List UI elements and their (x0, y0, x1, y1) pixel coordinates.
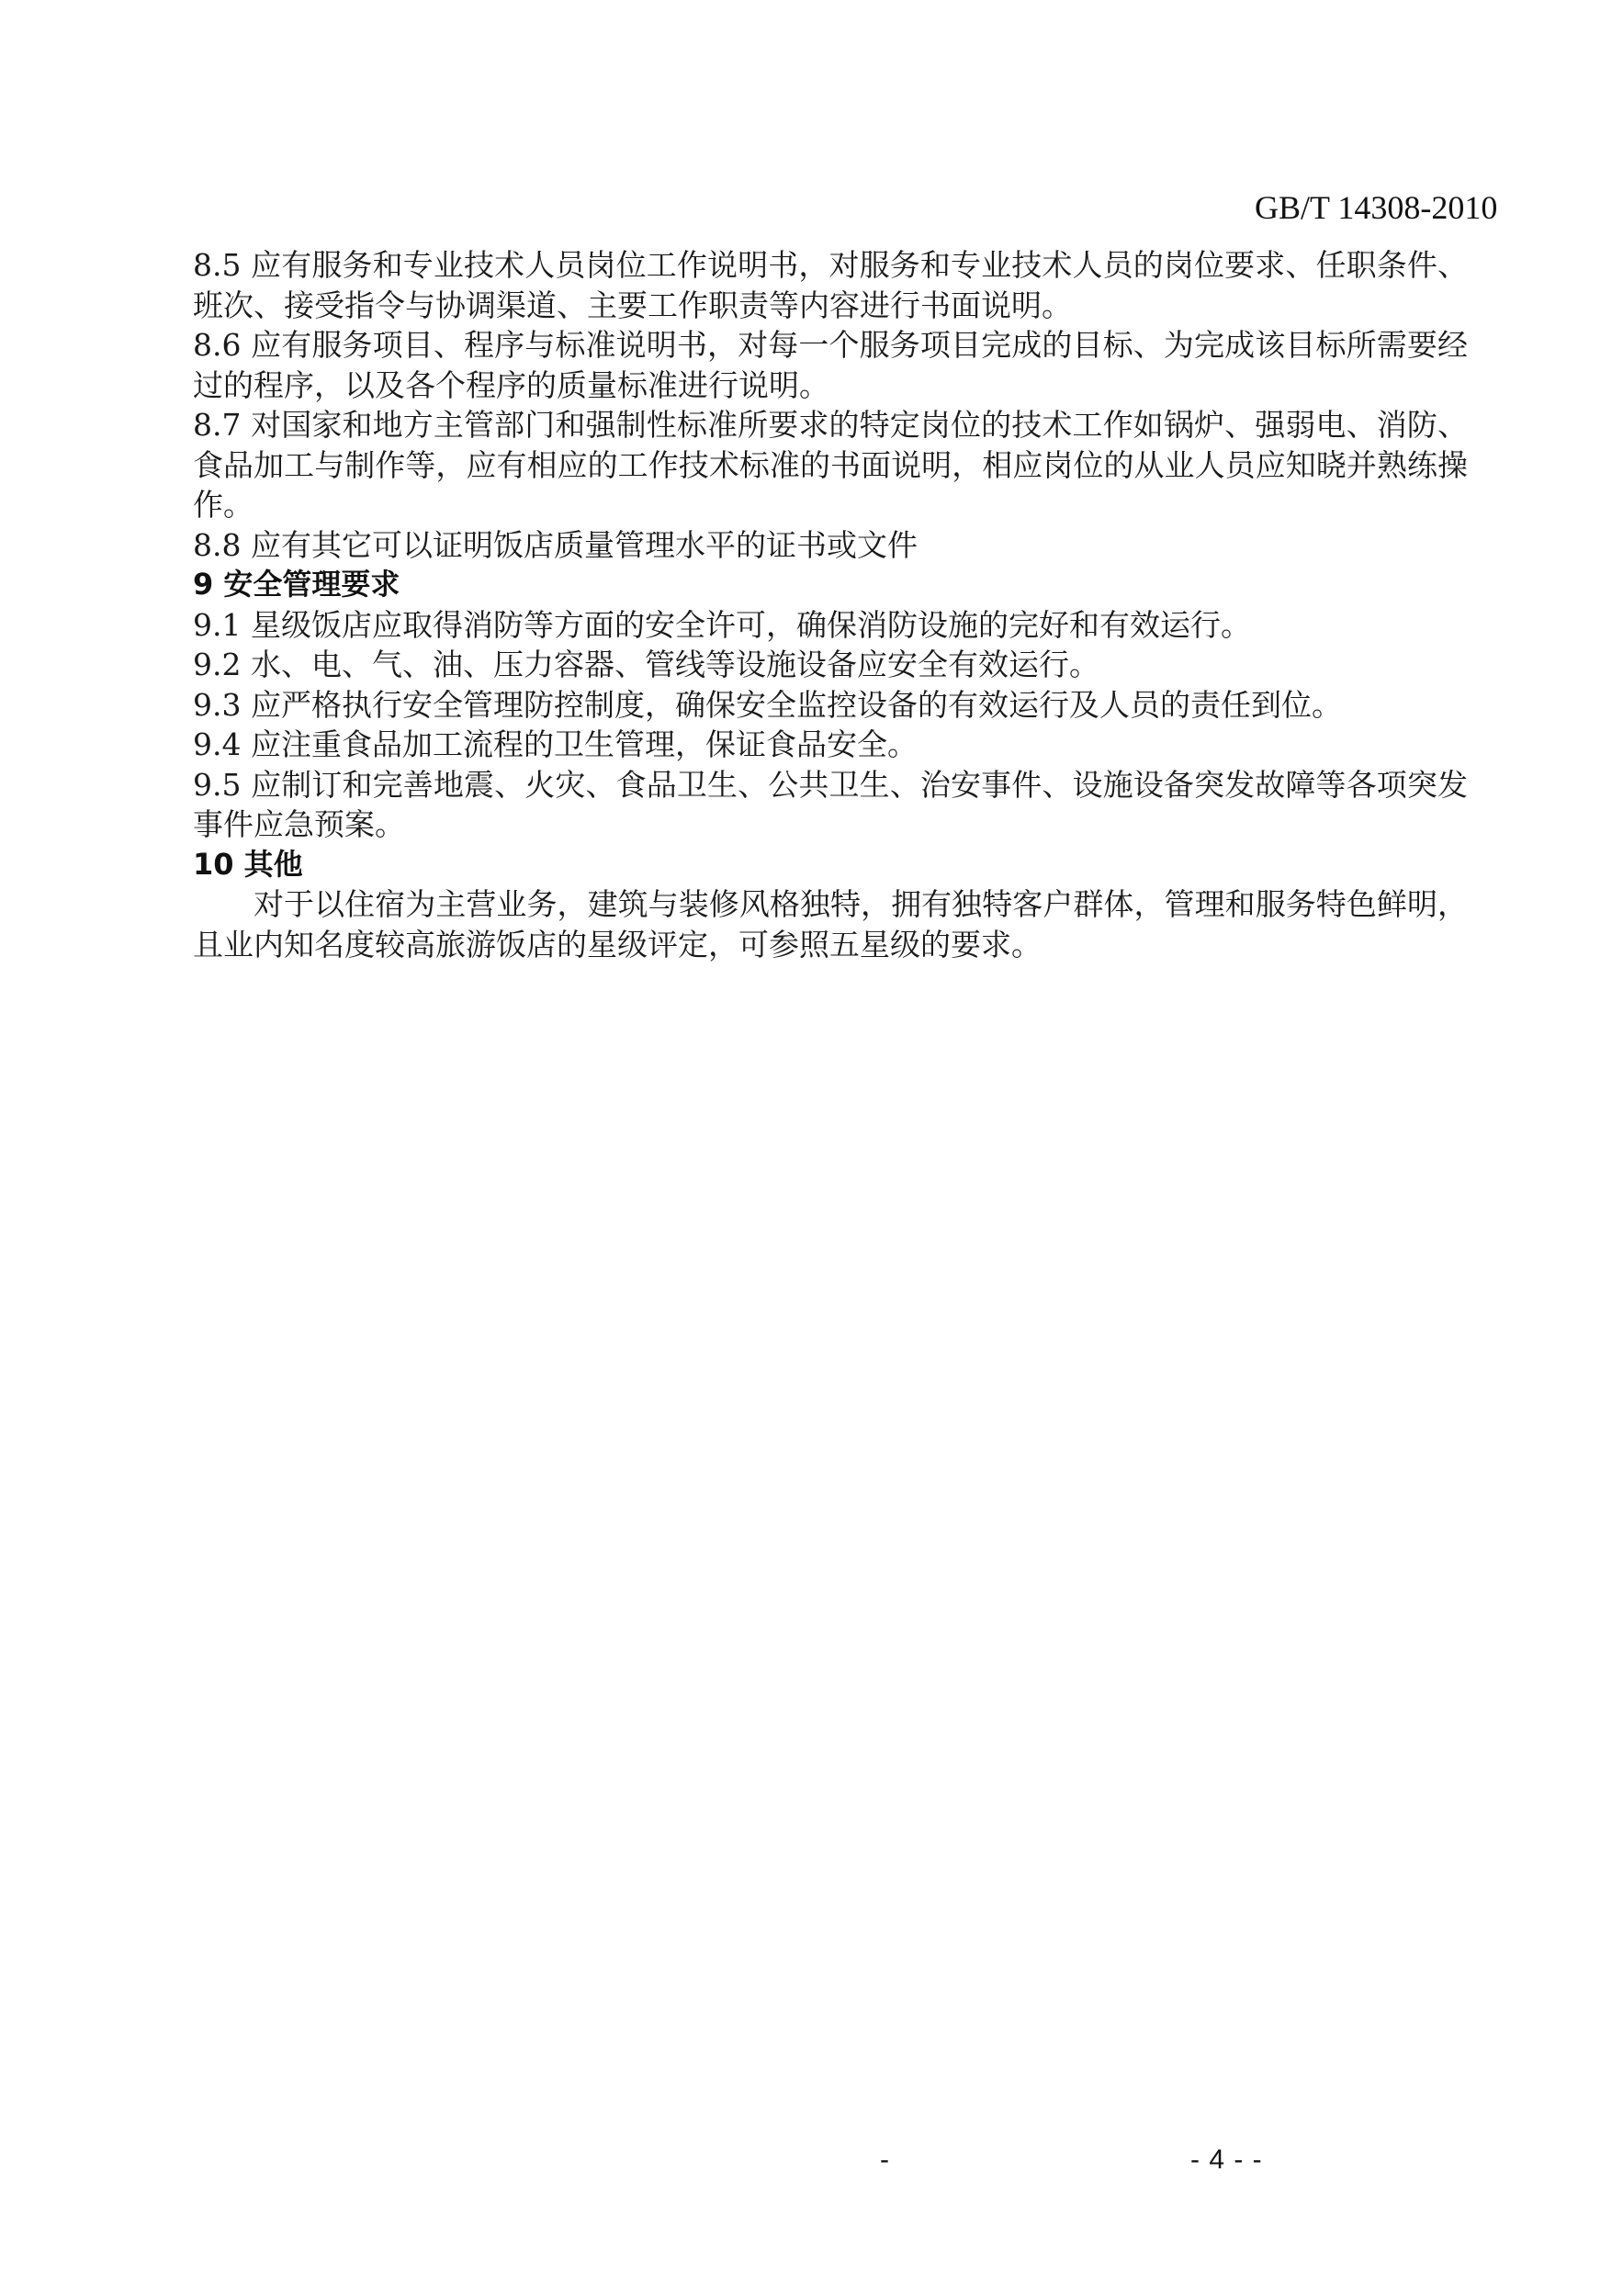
clause-8-8: 8.8 应有其它可以证明饭店质量管理水平的证书或文件 (193, 525, 1468, 566)
page-number: - 4 - - (1190, 2144, 1263, 2176)
clause-9-2: 9.2 水、电、气、油、压力容器、管线等设施设备应安全有效运行。 (193, 645, 1468, 685)
clause-9-1: 9.1 星级饭店应取得消防等方面的安全许可，确保消防设施的完好和有效运行。 (193, 605, 1468, 646)
clause-10-body: 对于以住宿为主营业务，建筑与装修风格独特，拥有独特客户群体，管理和服务特色鲜明，… (193, 884, 1468, 964)
footer-center-mark: - (880, 2144, 889, 2176)
clause-8-7: 8.7 对国家和地方主管部门和强制性标准所要求的特定岗位的技术工作如锅炉、强弱电… (193, 405, 1468, 525)
clause-9-3: 9.3 应严格执行安全管理防控制度，确保安全监控设备的有效运行及人员的责任到位。 (193, 685, 1468, 726)
clause-9-5: 9.5 应制订和完善地震、火灾、食品卫生、公共卫生、治安事件、设施设备突发故障等… (193, 765, 1468, 845)
section-heading-10: 10 其他 (193, 845, 1468, 885)
clause-8-5: 8.5 应有服务和专业技术人员岗位工作说明书，对服务和专业技术人员的岗位要求、任… (193, 245, 1468, 325)
document-body: 8.5 应有服务和专业技术人员岗位工作说明书，对服务和专业技术人员的岗位要求、任… (193, 245, 1468, 964)
section-heading-9: 9 安全管理要求 (193, 565, 1468, 605)
clause-8-6: 8.6 应有服务项目、程序与标准说明书，对每一个服务项目完成的目标、为完成该目标… (193, 325, 1468, 405)
clause-9-4: 9.4 应注重食品加工流程的卫生管理，保证食品安全。 (193, 725, 1468, 765)
document-code: GB/T 14308-2010 (1255, 188, 1497, 227)
